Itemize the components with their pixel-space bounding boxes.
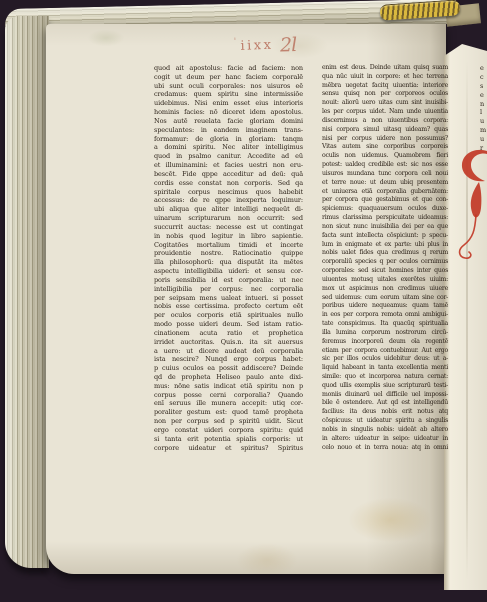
text-line: ubi sunt oculi corporales: nos uisuros e… bbox=[154, 82, 303, 91]
cut-letter: l bbox=[480, 108, 487, 117]
text-line: non per corpus sed p spiritū uidit. Sicu… bbox=[154, 417, 303, 426]
text-line: si tanta erit potentia spialis corporis:… bbox=[154, 435, 303, 444]
text-line: a uero: ut dicere audeat deū corporalia bbox=[154, 347, 303, 356]
text-line: enī seruus ille munera accepit: utiq cor… bbox=[154, 399, 303, 408]
text-line: illa philosophorū: qua disputāt ita mēte… bbox=[154, 258, 303, 267]
text-line: quod in psalmo canitur. Accedite ad eū bbox=[154, 152, 303, 161]
text-line: mus: nōne satis indicat etiā spiritu non… bbox=[154, 382, 303, 391]
rubric-flourish-icon bbox=[452, 146, 487, 264]
text-line: prouidentie nostre. Ratiocinatio quippe bbox=[154, 249, 303, 258]
text-line: illa lumina corporum nostrorum circū- bbox=[322, 329, 448, 338]
text-line: discernimus a non uiuentibus corpora: bbox=[322, 117, 448, 126]
text-line: uiuentes motusq uitales exerētes uiuim: bbox=[322, 276, 448, 285]
text-line: formamur: de gloria in gloriam: tanqm bbox=[154, 135, 303, 144]
pen-tick: ' bbox=[234, 37, 237, 47]
cut-letter: m bbox=[480, 126, 487, 135]
text-line: aspectu intelligibilia uideri: et sensu … bbox=[154, 267, 303, 276]
text-line: ergo constat uideri corpora spiritu: qui… bbox=[154, 426, 303, 435]
cut-letter: s bbox=[480, 82, 487, 91]
text-line: per corpora que gestabimus et que con- bbox=[322, 196, 448, 205]
text-line: cogit ut deum per hanc faciem corporalē bbox=[154, 73, 303, 82]
text-column-left: quod ait apostolus: facie ad faciem: non… bbox=[154, 64, 303, 452]
text-line: sensu quisq non per corporeos oculos bbox=[322, 90, 448, 99]
text-line: in eos per corpora remota omni ambigui- bbox=[322, 311, 448, 320]
text-line: celo nouo et in terra noua: atq in omni bbox=[322, 444, 448, 453]
text-line: lum in enigmate et ex parte: ubi plus in bbox=[322, 241, 448, 250]
text-line: feremus incorporeū deum oīa regentē bbox=[322, 338, 448, 347]
text-line: oculis non uidemus. Quamobrem fieri bbox=[322, 152, 448, 161]
text-line: corpore uideatur et spiritus? Spiritus bbox=[154, 444, 303, 453]
text-line: nisi per corpus uidere non possumus? bbox=[322, 135, 448, 144]
text-line: quod ait apostolus: facie ad faciem: non bbox=[154, 64, 303, 73]
text-line: modo posse uideri deum. Sed istam ratio- bbox=[154, 320, 303, 329]
text-line: potest: ualdeq credibile est: sic nos es… bbox=[322, 161, 448, 170]
text-line: nobis in singulis nobis: uideāt ab alter… bbox=[322, 426, 448, 435]
text-line: ista nescire? Nunqd ergo corpus habet: bbox=[154, 355, 303, 364]
text-line: nobis esse certissima. profecto certum e… bbox=[154, 302, 303, 311]
text-line: mēbra uegetat facitq uiuentia: interiore bbox=[322, 82, 448, 91]
text-line: et uniuersa etiā corporalia gubernātem: bbox=[322, 188, 448, 197]
text-line: cinationem acuta ratio et prophetica bbox=[154, 329, 303, 338]
text-line: non sicut nunc inuisibilia dei per ea qu… bbox=[322, 223, 448, 232]
text-line: corporales: sed sicut homines inter quos bbox=[322, 267, 448, 276]
cut-letter: u bbox=[480, 135, 487, 144]
text-line: bescēt. Fide qppe acceditur ad deū: quā bbox=[154, 170, 303, 179]
book-number-text: iixx bbox=[240, 38, 273, 54]
text-line: intelligibilia per corpus: nec corporali… bbox=[154, 285, 303, 294]
text-line: cordis esse constat non corporis. Sed qa bbox=[154, 179, 303, 188]
text-line: sed uidemus: cum eorum uitam sine cor- bbox=[322, 294, 448, 303]
text-line: succurrit auctas: necesse est ut conting… bbox=[154, 223, 303, 232]
text-line: cōspicuus: ut uideatur spiritu a singuli… bbox=[322, 417, 448, 426]
text-line: liquid habeant in tanta excellentia ment… bbox=[322, 364, 448, 373]
text-line: nobis ualet fides qua credimus q rerum bbox=[322, 249, 448, 258]
text-line: bile ē ostendere. Aut qd est intelligend… bbox=[322, 399, 448, 408]
text-line: corporaliū species q per oculos cernimus bbox=[322, 258, 448, 267]
text-line: corpus posse cerni corporalia? Quando bbox=[154, 391, 303, 400]
text-line: per oculos corporis etiā spirituales nul… bbox=[154, 311, 303, 320]
text-line: spiciemus: quaquauersum oculos duxe- bbox=[322, 205, 448, 214]
text-line: qd de propheta Heliseo paulo ante dixi- bbox=[154, 373, 303, 382]
text-line: tate conspicimus. Ita quacūq spiritualia bbox=[322, 320, 448, 329]
text-line: qua nūc uiuit in corpore: et hec terrena bbox=[322, 73, 448, 82]
text-line: sic per illos oculos uidebitur deus: ut … bbox=[322, 355, 448, 364]
text-line: et illuminamini: et facies uestri non er… bbox=[154, 161, 303, 170]
facing-page-crease bbox=[466, 60, 468, 580]
cut-letter: e bbox=[480, 91, 487, 100]
text-line: irridet auctoritas. Quis.n. ita sit auer… bbox=[154, 338, 303, 347]
text-line: a domini spiritu. Nec aliter intelligimu… bbox=[154, 143, 303, 152]
text-line: facilius: ita deus nobis erit notus atq bbox=[322, 408, 448, 417]
text-line: uisuros mundana tunc corpora celi noui bbox=[322, 170, 448, 179]
book-number-flourish: 2l bbox=[280, 34, 297, 57]
text-line: facta sunt intellecta cōspiciunt: p spec… bbox=[322, 232, 448, 241]
cut-letter: c bbox=[480, 73, 487, 82]
text-line: speculantes: in eandem imaginem trans- bbox=[154, 126, 303, 135]
fore-edge-page-stack bbox=[5, 16, 49, 568]
cut-letter: e bbox=[480, 64, 487, 73]
text-line: les per corpus uidet. Nam unde uiuentia bbox=[322, 108, 448, 117]
text-line: poraliter gestum est: quod tamē propheta bbox=[154, 408, 303, 417]
book-photo: 'iixx 2l quod ait apostolus: facie ad fa… bbox=[0, 0, 487, 602]
text-line: accessus: de re qppe inexperta loquimur: bbox=[154, 196, 303, 205]
text-line: in nobis quod legitur in libro sapientie… bbox=[154, 232, 303, 241]
text-line: Nos autē reuelata facie gloriam domini bbox=[154, 117, 303, 126]
text-line: uidebimus. Nisi enim esset eius interior… bbox=[154, 99, 303, 108]
text-line: poribus uidere nequeamus: quam tamē bbox=[322, 302, 448, 311]
text-line: hominis facies: nō diceret idem apostolu… bbox=[154, 108, 303, 117]
text-line: simile: quo et incorporea natura cernat: bbox=[322, 373, 448, 382]
text-line: p cuius oculos ea possit addiscere? Dein… bbox=[154, 364, 303, 373]
text-line: nisi corpora simul uitasq uideam? quas bbox=[322, 126, 448, 135]
text-line: et terre noue: ut deum ubiq presentem bbox=[322, 179, 448, 188]
text-line: rimus clarissima perspicuitate uideamus: bbox=[322, 214, 448, 223]
text-line: per seipsam mens ualeat intueri. si poss… bbox=[154, 294, 303, 303]
text-line: Cogitatōes mortalium timidi et incerte bbox=[154, 241, 303, 250]
text-line: poris sensibilia id est corporalia: ut n… bbox=[154, 276, 303, 285]
text-line: credamus: quem spiritu sine intermissiōe bbox=[154, 90, 303, 99]
text-column-right: enim est deus. Deinde uitam quisq suamqu… bbox=[322, 64, 448, 452]
text-line: spiritale corpus nescimus quos habebit bbox=[154, 188, 303, 197]
text-line: enim est deus. Deinde uitam quisq suam bbox=[322, 64, 448, 73]
cut-letter: u bbox=[480, 117, 487, 126]
text-line: Vitas autem sine corporibus corporeis bbox=[322, 143, 448, 152]
text-line: in altero: uideatur in seipo: uideatur i… bbox=[322, 435, 448, 444]
text-line: mox ut aspicimus non credimus uiuere bbox=[322, 285, 448, 294]
text-line: uinarum scripturarum non occurrit: sed bbox=[154, 214, 303, 223]
text-line: etiam per corpora contuebimur. Aut ergo bbox=[322, 347, 448, 356]
text-line: moniis diuinarū uel difficile uel imposs… bbox=[322, 391, 448, 400]
text-line: ubi aliqua que aliter intelligi nequeūt … bbox=[154, 205, 303, 214]
text-line: quod ullis exemplis siue scripturarū tes… bbox=[322, 382, 448, 391]
cut-letter: n bbox=[480, 100, 487, 109]
handwritten-book-number: 'iixx 2l bbox=[234, 34, 297, 58]
facing-page-text-sliver: ecsenlumur bbox=[480, 64, 487, 153]
text-line: nouit: aliorū uero uitas cum sint inuisi… bbox=[322, 99, 448, 108]
